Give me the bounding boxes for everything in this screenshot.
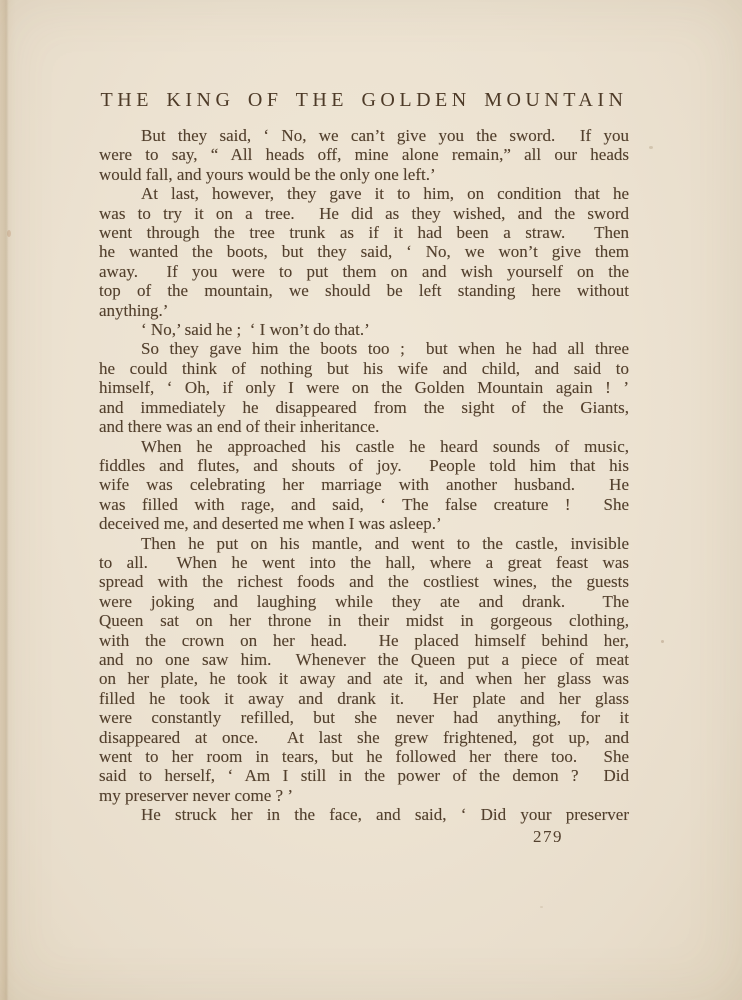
text-line: filled he took it away and drank it. Her…	[99, 689, 629, 708]
paper-speck	[649, 146, 653, 149]
text-line: and no one saw him. Whenever the Queen p…	[99, 650, 629, 669]
paragraph: But they said, ‘ No, we can’t give you t…	[99, 126, 629, 184]
story-text: But they said, ‘ No, we can’t give you t…	[99, 126, 629, 825]
text-line: were joking and laughing while they ate …	[99, 592, 629, 611]
text-line: At last, however, they gave it to him, o…	[99, 184, 629, 203]
text-line: on her plate, he took it away and ate it…	[99, 669, 629, 688]
paper-speck	[540, 906, 543, 908]
text-line: himself, ‘ Oh, if only I were on the Gol…	[99, 378, 629, 397]
text-line: deceived me, and deserted me when I was …	[99, 514, 629, 533]
text-line: anything.’	[99, 301, 629, 320]
page-number: 279	[533, 827, 563, 847]
paragraph: So they gave him the boots too ; but whe…	[99, 339, 629, 436]
text-line: wife was celebrating her marriage with a…	[99, 475, 629, 494]
text-line: went to her room in tears, but he follow…	[99, 747, 629, 766]
text-line: he could think of nothing but his wife a…	[99, 359, 629, 378]
paper-speck	[661, 640, 664, 643]
text-line: my preserver never come ? ’	[99, 786, 629, 805]
text-line: and immediately he disappeared from the …	[99, 398, 629, 417]
text-line: But they said, ‘ No, we can’t give you t…	[99, 126, 629, 145]
paragraph: Then he put on his mantle, and went to t…	[99, 534, 629, 806]
paper-speck	[7, 230, 11, 237]
text-line: Queen sat on her throne in their midst i…	[99, 611, 629, 630]
text-line: and there was an end of their inheritanc…	[99, 417, 629, 436]
text-line: were constantly refilled, but she never …	[99, 708, 629, 727]
text-line: So they gave him the boots too ; but whe…	[99, 339, 629, 358]
text-line: away. If you were to put them on and wis…	[99, 262, 629, 281]
text-line: disappeared at once. At last she grew fr…	[99, 728, 629, 747]
text-line: to all. When he went into the hall, wher…	[99, 553, 629, 572]
text-line: was to try it on a tree. He did as they …	[99, 204, 629, 223]
book-page: THE KING OF THE GOLDEN MOUNTAIN But they…	[0, 0, 742, 1000]
text-line: When he approached his castle he heard s…	[99, 437, 629, 456]
text-line: went through the tree trunk as if it had…	[99, 223, 629, 242]
text-line: with the crown on her head. He placed hi…	[99, 631, 629, 650]
paragraph: He struck her in the face, and said, ‘ D…	[99, 805, 629, 824]
text-line: said to herself, ‘ Am I still in the pow…	[99, 766, 629, 785]
text-line: Then he put on his mantle, and went to t…	[99, 534, 629, 553]
text-line: He struck her in the face, and said, ‘ D…	[99, 805, 629, 824]
paragraph: ‘ No,’ said he ; ‘ I won’t do that.’	[99, 320, 629, 339]
text-line: were to say, “ All heads off, mine alone…	[99, 145, 629, 164]
text-line: was filled with rage, and said, ‘ The fa…	[99, 495, 629, 514]
text-line: would fall, and yours would be the only …	[99, 165, 629, 184]
paragraph: When he approached his castle he heard s…	[99, 437, 629, 534]
page-edge-shadow	[0, 0, 16, 1000]
text-line: ‘ No,’ said he ; ‘ I won’t do that.’	[99, 320, 629, 339]
text-line: spread with the richest foods and the co…	[99, 572, 629, 591]
paragraph: At last, however, they gave it to him, o…	[99, 184, 629, 320]
text-line: he wanted the boots, but they said, ‘ No…	[99, 242, 629, 261]
text-line: top of the mountain, we should be left s…	[99, 281, 629, 300]
page-title: THE KING OF THE GOLDEN MOUNTAIN	[99, 89, 629, 112]
text-line: fiddles and flutes, and shouts of joy. P…	[99, 456, 629, 475]
